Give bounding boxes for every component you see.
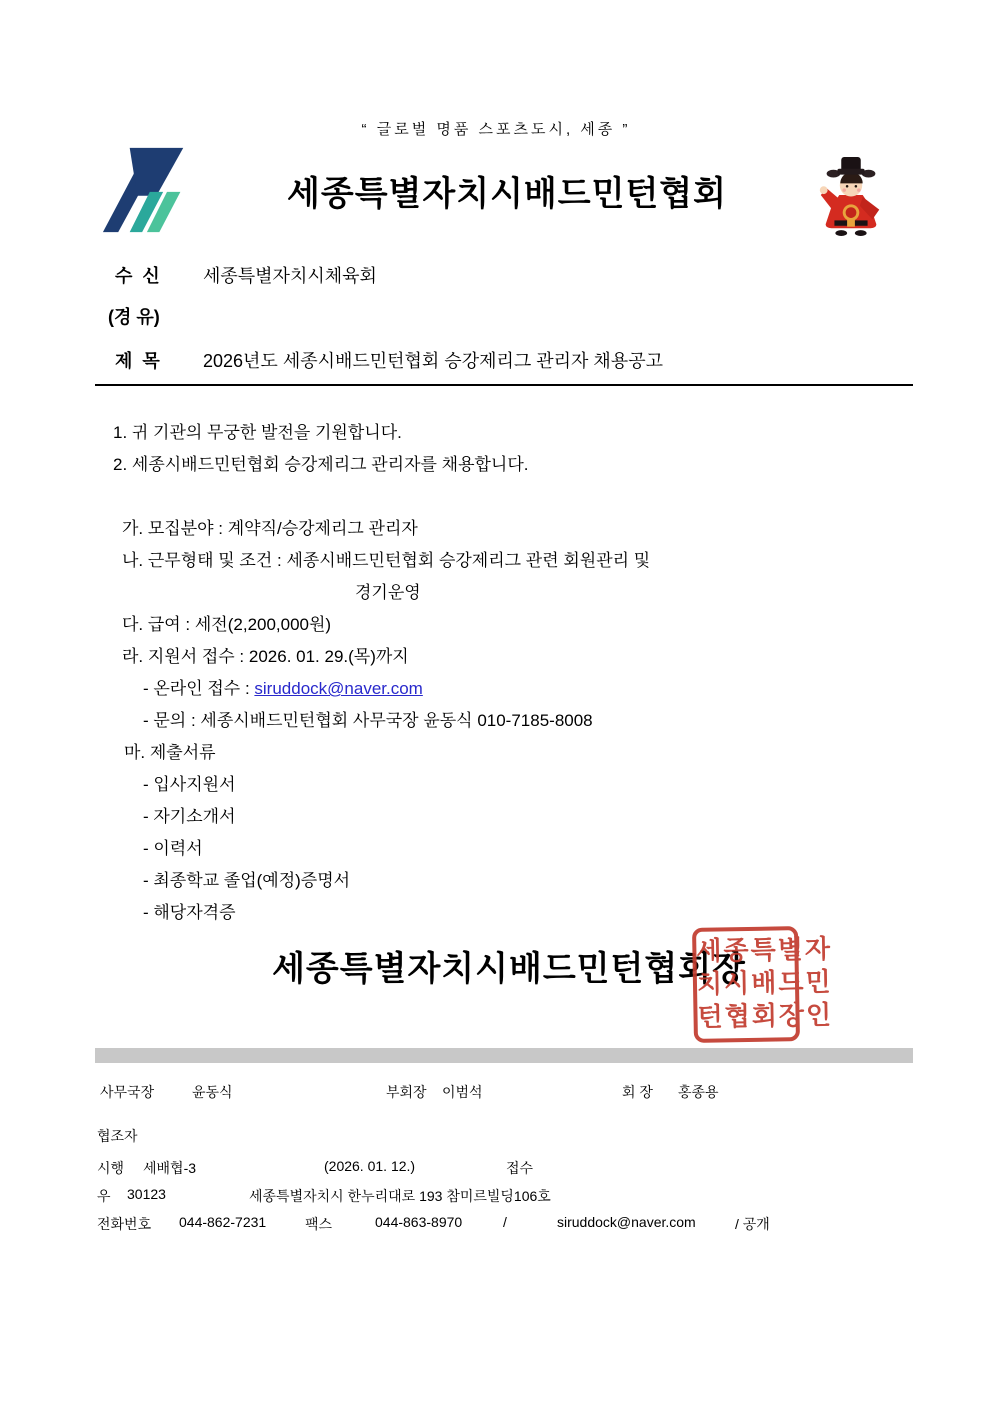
fax-label: 팩스 [305, 1214, 332, 1234]
doc-item: - 자기소개서 [0, 801, 992, 833]
enforcement-label: 시행 [97, 1158, 124, 1178]
official-seal-stamp: 세종특별자 치시배드민 턴협회장인 [692, 926, 800, 1043]
item-online-apply: - 온라인 접수 : siruddock@naver.com [0, 673, 992, 705]
official-name: 이범석 [442, 1082, 483, 1102]
enforcement-doc-number: 세배협-3 [143, 1158, 196, 1178]
subject-value: 2026년도 세종시배드민턴협회 승강제리그 관리자 채용공고 [203, 347, 663, 373]
phone-label: 전화번호 [97, 1214, 151, 1234]
item-salary: 다. 급여 : 세전(2,200,000원) [0, 609, 992, 641]
disclosure-label: / 공개 [735, 1214, 770, 1234]
address: 세종특별자치시 한누리대로 193 참미르빌딩106호 [249, 1186, 551, 1206]
doc-item: - 최종학교 졸업(예정)증명서 [0, 865, 992, 897]
king-sejong-mascot-icon [812, 156, 890, 243]
enforcement-date: (2026. 01. 12.) [324, 1158, 415, 1174]
phone-number: 044-862-7231 [179, 1214, 266, 1230]
official-role: 회 장 [622, 1082, 653, 1102]
email-link[interactable]: siruddock@naver.com [254, 679, 422, 698]
official-name: 윤동식 [192, 1082, 233, 1102]
document-page: “ 글로벌 명품 스포츠도시, 세종 ” 세종특별자치시배드민턴협회 [0, 0, 992, 1403]
signature-title: 세종특별자치시배드민턴협회장 [0, 941, 992, 990]
doc-item: - 입사지원서 [0, 769, 992, 801]
recipient-row: 수 신 세종특별자치시체육회 [0, 262, 377, 288]
official-role: 부회장 [386, 1082, 427, 1102]
separator-slash: / [503, 1214, 507, 1230]
recipient-value: 세종특별자치시체육회 [203, 262, 377, 288]
item-work-conditions-cont: 경기운영 [0, 577, 992, 609]
stamp-line: 세종특별자 [696, 933, 795, 968]
official-role: 사무국장 [100, 1082, 154, 1102]
fax-number: 044-863-8970 [375, 1214, 462, 1230]
item-required-documents: 마. 제출서류 [0, 737, 992, 769]
subject-label: 제 목 [115, 347, 203, 373]
online-apply-prefix: - 온라인 접수 : [143, 679, 254, 698]
footer-divider-bar [95, 1048, 913, 1063]
recipient-label: 수 신 [115, 262, 203, 288]
cooperator-label: 협조자 [97, 1126, 138, 1146]
zip-label: 우 [97, 1186, 111, 1206]
doc-item: - 해당자격증 [0, 897, 992, 929]
via-row: (경 유) [0, 303, 160, 329]
receipt-label: 접수 [506, 1158, 533, 1178]
stamp-line: 턴협회장인 [697, 999, 796, 1034]
zip-code: 30123 [127, 1186, 166, 1202]
body-paragraph-2: 2. 세종시배드민턴협회 승강제리그 관리자를 채용합니다. [0, 449, 992, 481]
city-slogan: “ 글로벌 명품 스포츠도시, 세종 ” [0, 118, 992, 139]
official-name: 홍종용 [678, 1082, 719, 1102]
body-text: 1. 귀 기관의 무궁한 발전을 기원합니다. 2. 세종시배드민턴협회 승강제… [0, 417, 992, 929]
item-work-conditions: 나. 근무형태 및 조건 : 세종시배드민턴협회 승강제리그 관련 회원관리 및 [0, 545, 992, 577]
item-inquiry: - 문의 : 세종시배드민턴협회 사무국장 윤동식 010-7185-8008 [0, 705, 992, 737]
item-application-deadline: 라. 지원서 접수 : 2026. 01. 29.(목)까지 [0, 641, 992, 673]
footer-email: siruddock@naver.com [557, 1214, 696, 1230]
blank-line [0, 481, 992, 513]
stamp-line: 치시배드민 [697, 966, 796, 1001]
subject-row: 제 목 2026년도 세종시배드민턴협회 승강제리그 관리자 채용공고 [0, 347, 663, 373]
body-paragraph-1: 1. 귀 기관의 무궁한 발전을 기원합니다. [0, 417, 992, 449]
item-recruit-field: 가. 모집분야 : 계약직/승강제리그 관리자 [0, 513, 992, 545]
header-divider [95, 384, 913, 386]
doc-item: - 이력서 [0, 833, 992, 865]
